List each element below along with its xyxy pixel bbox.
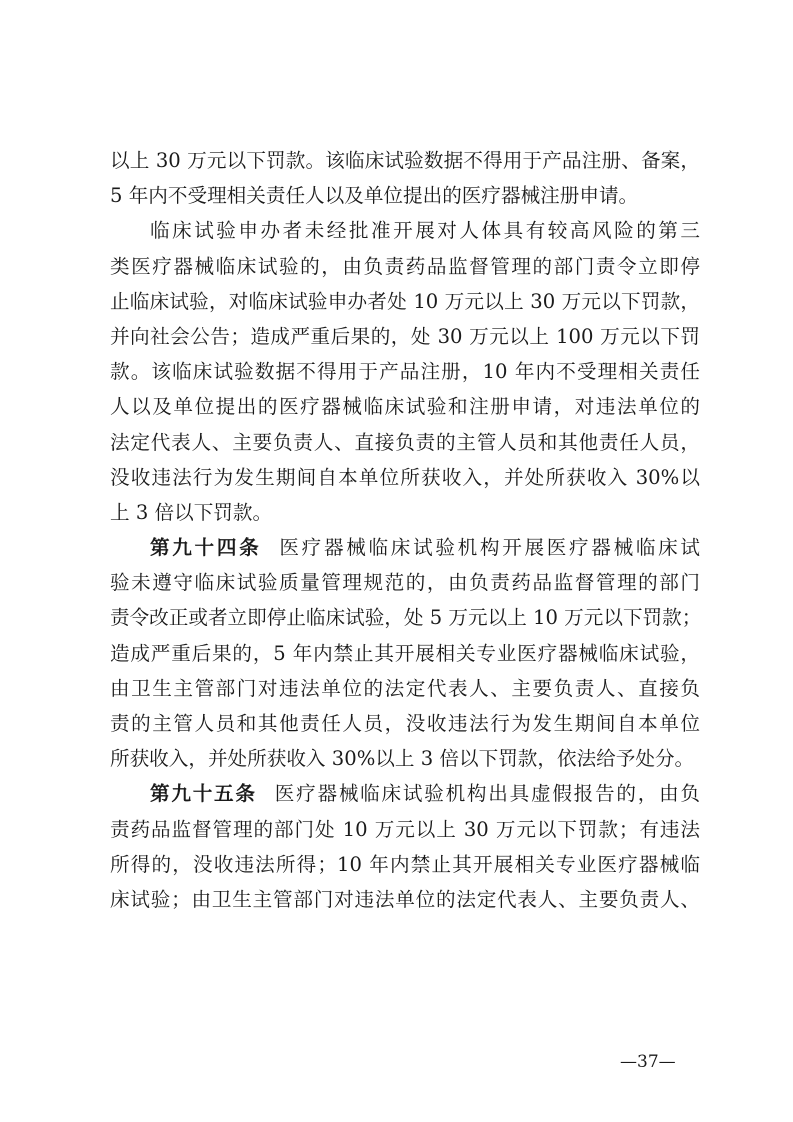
page-number: —37— xyxy=(620,1052,676,1072)
text-line: 所得的，没收违法所得；10 年内禁止其开展相关专业医疗器械临 xyxy=(110,847,700,882)
text-line: 没收违法行为发生期间自本单位所获收入，并处所获收入 30%以 xyxy=(110,460,700,495)
text-line: 以上 30 万元以下罚款。该临床试验数据不得用于产品注册、备案， xyxy=(110,143,700,178)
article-94: 第九十四条医疗器械临床试验机构开展医疗器械临床试 验未遵守临床试验质量管理规范的… xyxy=(110,530,700,776)
text-line: 责令改正或者立即停止临床试验，处 5 万元以上 10 万元以下罚款； xyxy=(110,600,700,635)
paragraph-sponsor-violation: 临床试验申办者未经批准开展对人体具有较高风险的第三 类医疗器械临床试验的，由负责… xyxy=(110,213,700,530)
text-line: 造成严重后果的，5 年内禁止其开展相关专业医疗器械临床试验， xyxy=(110,636,700,671)
text-line: 人以及单位提出的医疗器械临床试验和注册申请，对违法单位的 xyxy=(110,389,700,424)
document-page: 以上 30 万元以下罚款。该临床试验数据不得用于产品注册、备案， 5 年内不受理… xyxy=(110,143,700,917)
article-text: 医疗器械临床试验机构出具虚假报告的，由负 xyxy=(275,782,700,805)
article-95: 第九十五条医疗器械临床试验机构出具虚假报告的，由负 责药品监督管理的部门处 10… xyxy=(110,776,700,917)
article-text: 医疗器械临床试验机构开展医疗器械临床试 xyxy=(279,536,700,559)
text-line: 第九十四条医疗器械临床试验机构开展医疗器械临床试 xyxy=(110,530,700,565)
text-line: 第九十五条医疗器械临床试验机构出具虚假报告的，由负 xyxy=(110,776,700,811)
article-number: 第九十五条 xyxy=(150,782,257,805)
text-line: 床试验；由卫生主管部门对违法单位的法定代表人、主要负责人、 xyxy=(110,882,700,917)
text-line: 5 年内不受理相关责任人以及单位提出的医疗器械注册申请。 xyxy=(110,178,700,213)
text-line: 所获收入，并处所获收入 30%以上 3 倍以下罚款，依法给予处分。 xyxy=(110,741,700,776)
text-line: 验未遵守临床试验质量管理规范的，由负责药品监督管理的部门 xyxy=(110,565,700,600)
text-line: 类医疗器械临床试验的，由负责药品监督管理的部门责令立即停 xyxy=(110,249,700,284)
text-line: 由卫生主管部门对违法单位的法定代表人、主要负责人、直接负 xyxy=(110,671,700,706)
text-line: 款。该临床试验数据不得用于产品注册，10 年内不受理相关责任 xyxy=(110,354,700,389)
text-line: 临床试验申办者未经批准开展对人体具有较高风险的第三 xyxy=(110,213,700,248)
text-line: 责药品监督管理的部门处 10 万元以上 30 万元以下罚款；有违法 xyxy=(110,812,700,847)
text-line: 责的主管人员和其他责任人员，没收违法行为发生期间自本单位 xyxy=(110,706,700,741)
paragraph-continuation: 以上 30 万元以下罚款。该临床试验数据不得用于产品注册、备案， 5 年内不受理… xyxy=(110,143,700,213)
article-number: 第九十四条 xyxy=(150,536,261,559)
text-line: 止临床试验，对临床试验申办者处 10 万元以上 30 万元以下罚款， xyxy=(110,284,700,319)
text-line: 上 3 倍以下罚款。 xyxy=(110,495,700,530)
text-line: 法定代表人、主要负责人、直接负责的主管人员和其他责任人员， xyxy=(110,425,700,460)
text-line: 并向社会公告；造成严重后果的，处 30 万元以上 100 万元以下罚 xyxy=(110,319,700,354)
